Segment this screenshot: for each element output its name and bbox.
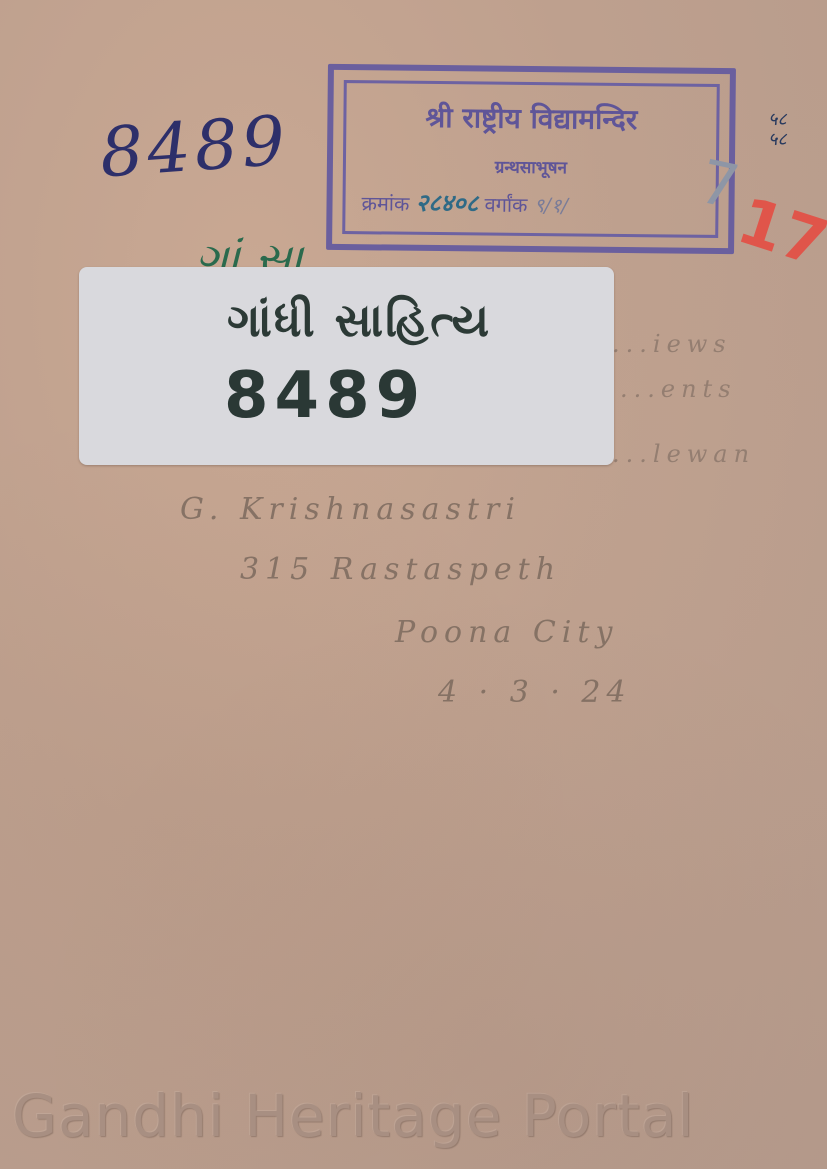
handwritten-catalog-number: 8489: [97, 102, 291, 194]
label-number: 8489: [224, 359, 426, 433]
address-street: 315 Rastaspeth: [240, 552, 561, 587]
stamp-class-label: वर्गांक: [484, 193, 527, 217]
stamp-institution-name: श्री राष्ट्रीय विद्यामन्दिर: [346, 97, 716, 139]
address-fragment: ...lewan: [612, 440, 755, 468]
margin-note-line: ५८: [768, 130, 787, 150]
address-fragment: ...ents: [620, 375, 737, 403]
stamp-accession-label: क्रमांक: [361, 191, 409, 216]
stamp-subtitle: ग्रन्थसाभूषन: [346, 153, 716, 180]
stamp-accession-number: २८४०८: [416, 188, 479, 218]
portal-watermark: Gandhi Heritage Portal: [12, 1082, 695, 1150]
stamp-accession-line: क्रमांक २८४०८ वर्गांक ९/१/: [345, 185, 715, 222]
address-date: 4 · 3 · 24: [438, 675, 632, 710]
label-title: ગાંધી સાહિત્ય: [227, 293, 491, 349]
library-stamp: श्री राष्ट्रीय विद्यामन्दिर ग्रन्थसाभूषन…: [326, 64, 736, 254]
margin-note-top-right: ५८ ५८: [768, 110, 787, 150]
address-name: G. Krishnasastri: [180, 492, 521, 527]
stamp-class-number: ९/१/: [534, 193, 569, 217]
address-city: Poona City: [395, 615, 618, 650]
stamp-inner-border: श्री राष्ट्रीय विद्यामन्दिर ग्रन्थसाभूषन…: [342, 80, 720, 238]
margin-note-line: ५८: [768, 110, 787, 130]
catalog-label-sticker: ગાંધી સાહિત્ય 8489: [79, 267, 614, 465]
address-fragment: ...iews: [612, 330, 732, 358]
